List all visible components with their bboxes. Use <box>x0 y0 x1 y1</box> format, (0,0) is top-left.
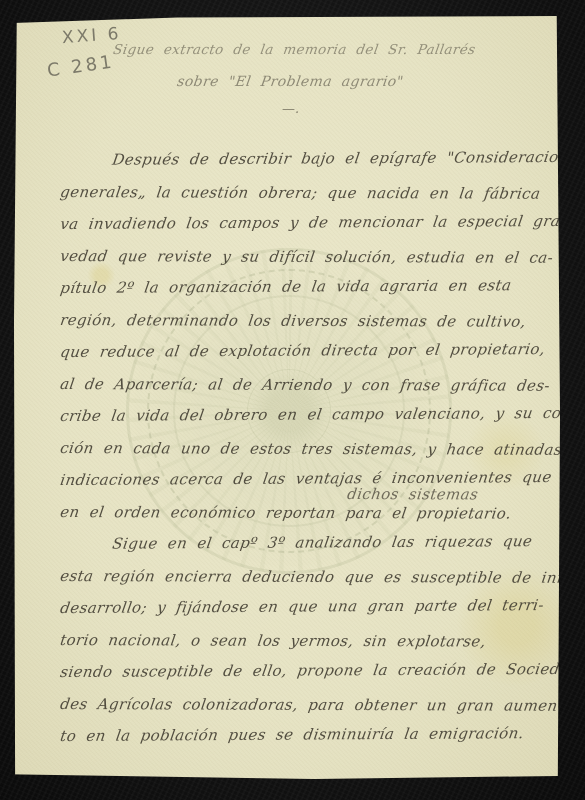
title-line-2: sobre "El Problema agrario" <box>176 74 405 90</box>
manuscript-page: XXI 6 C 281 Sigue extracto de la memoria… <box>14 16 560 779</box>
title-divider: —. <box>282 102 299 117</box>
manuscript-line: Sigue en el capº 3º analizando las rique… <box>58 525 555 560</box>
manuscript-line: to en la población pues se disminuiría l… <box>58 717 555 752</box>
interline-insertion-note: dichos sistemas <box>345 478 480 510</box>
manuscript-line: Después de describir bajo el epígrafe "C… <box>58 141 555 176</box>
manuscript-line: pítulo 2º la organización de la vida agr… <box>58 269 555 304</box>
manuscript-line: siendo susceptible de ello, propone la c… <box>58 653 555 688</box>
scan-backdrop: XXI 6 C 281 Sigue extracto de la memoria… <box>0 0 585 800</box>
manuscript-line: que reduce al de explotación directa por… <box>58 333 555 368</box>
title-line-1: Sigue extracto de la memoria del Sr. Pal… <box>112 42 477 58</box>
manuscript-line: indicaciones acerca de las ventajas é in… <box>58 461 555 496</box>
manuscript-body: Después de describir bajo el epígrafe "C… <box>58 144 550 752</box>
manuscript-line: va invadiendo los campos y de mencionar … <box>58 205 555 240</box>
manuscript-line: desarrollo; y fijándose en que una gran … <box>58 589 555 624</box>
manuscript-line: cribe la vida del obrero en el campo val… <box>58 397 555 432</box>
shelf-mark-bottom: C 281 <box>46 51 116 81</box>
